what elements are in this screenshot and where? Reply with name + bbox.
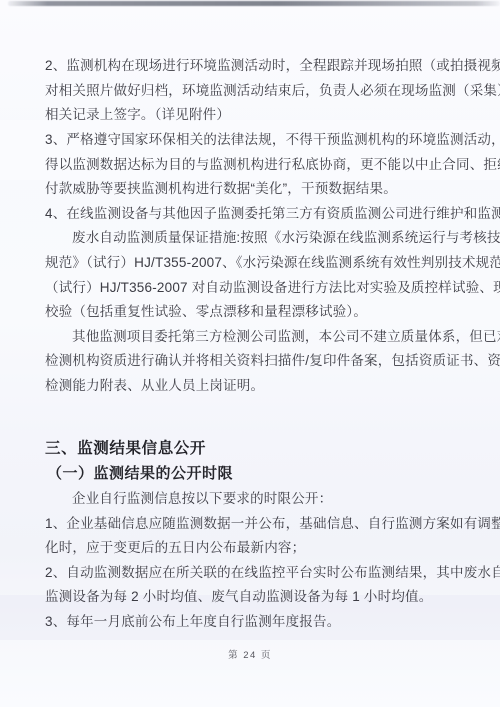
text-line: 其他监测项目委托第三方检测公司监测，本公司不建立质量体系，但已对: [45, 323, 463, 348]
text-line: 检测机构资质进行确认并将相关资料扫描件/复印件备案，包括资质证书、资质: [45, 347, 463, 372]
text-line: 检测能力附表、从业人员上岗证明。: [45, 372, 463, 397]
text-line: 校验（包括重复性试验、零点漂移和量程漂移试验）。: [45, 298, 463, 323]
text-line: 化时，应于变更后的五日内公布最新内容；: [45, 534, 463, 559]
text-line: 废水自动监测质量保证措施:按照《水污染源在线监测系统运行与考核技术: [45, 224, 463, 249]
text-line: 2、自动监测数据应在所关联的在线监控平台实时公布监测结果，其中废水自动: [45, 559, 463, 584]
scan-edge-shadow: [8, 1, 500, 6]
text-line: 规范》（试行）HJ/T355-2007、《水污染源在线监测系统有效性判别技术规范…: [45, 249, 463, 274]
text-line: 相关记录上签字。（详见附件）: [45, 101, 463, 126]
text-line: 付款威胁等要挟监测机构进行数据“美化”，干预数据结果。: [45, 175, 463, 200]
document-page: 2、监测机构在现场进行环境监测活动时，全程跟踪并现场拍照（或拍摄视频），对相关照…: [0, 0, 500, 707]
text-line: 得以监测数据达标为目的与监测机构进行私底协商，更不能以中止合同、拒绝: [45, 150, 463, 175]
text-line: 对相关照片做好归档，环境监测活动结束后，负责人必须在现场监测（采集）: [45, 77, 463, 102]
text-line: 4、在线监测设备与其他因子监测委托第三方有资质监测公司进行维护和监测。: [45, 200, 463, 225]
text-line: [45, 396, 463, 434]
section-heading: 三、监测结果信息公开: [45, 434, 463, 459]
text-line: 1、企业基础信息应随监测数据一并公布，基础信息、自行监测方案如有调整变: [45, 509, 463, 534]
subsection-heading: （一）监测结果的公开时限: [45, 459, 463, 485]
text-line: 3、每年一月底前公布上年度自行监测年度报告。: [45, 608, 463, 633]
text-line: 2、监测机构在现场进行环境监测活动时，全程跟踪并现场拍照（或拍摄视频），: [45, 52, 463, 77]
text-line: 监测设备为每 2 小时均值、废气自动监测设备为每 1 小时均值。: [45, 583, 463, 608]
text-line: （试行）HJ/T356-2007 对自动监测设备进行方法比对实验及质控样试验、现…: [45, 273, 463, 298]
page-number: 第 24 页: [0, 647, 500, 661]
text-line: 3、严格遵守国家环保相关的法律法规，不得干预监测机构的环境监测活动，不: [45, 126, 463, 151]
text-line: 企业自行监测信息按以下要求的时限公开：: [45, 485, 463, 510]
page-content: 2、监测机构在现场进行环境监测活动时，全程跟踪并现场拍照（或拍摄视频），对相关照…: [45, 52, 463, 632]
